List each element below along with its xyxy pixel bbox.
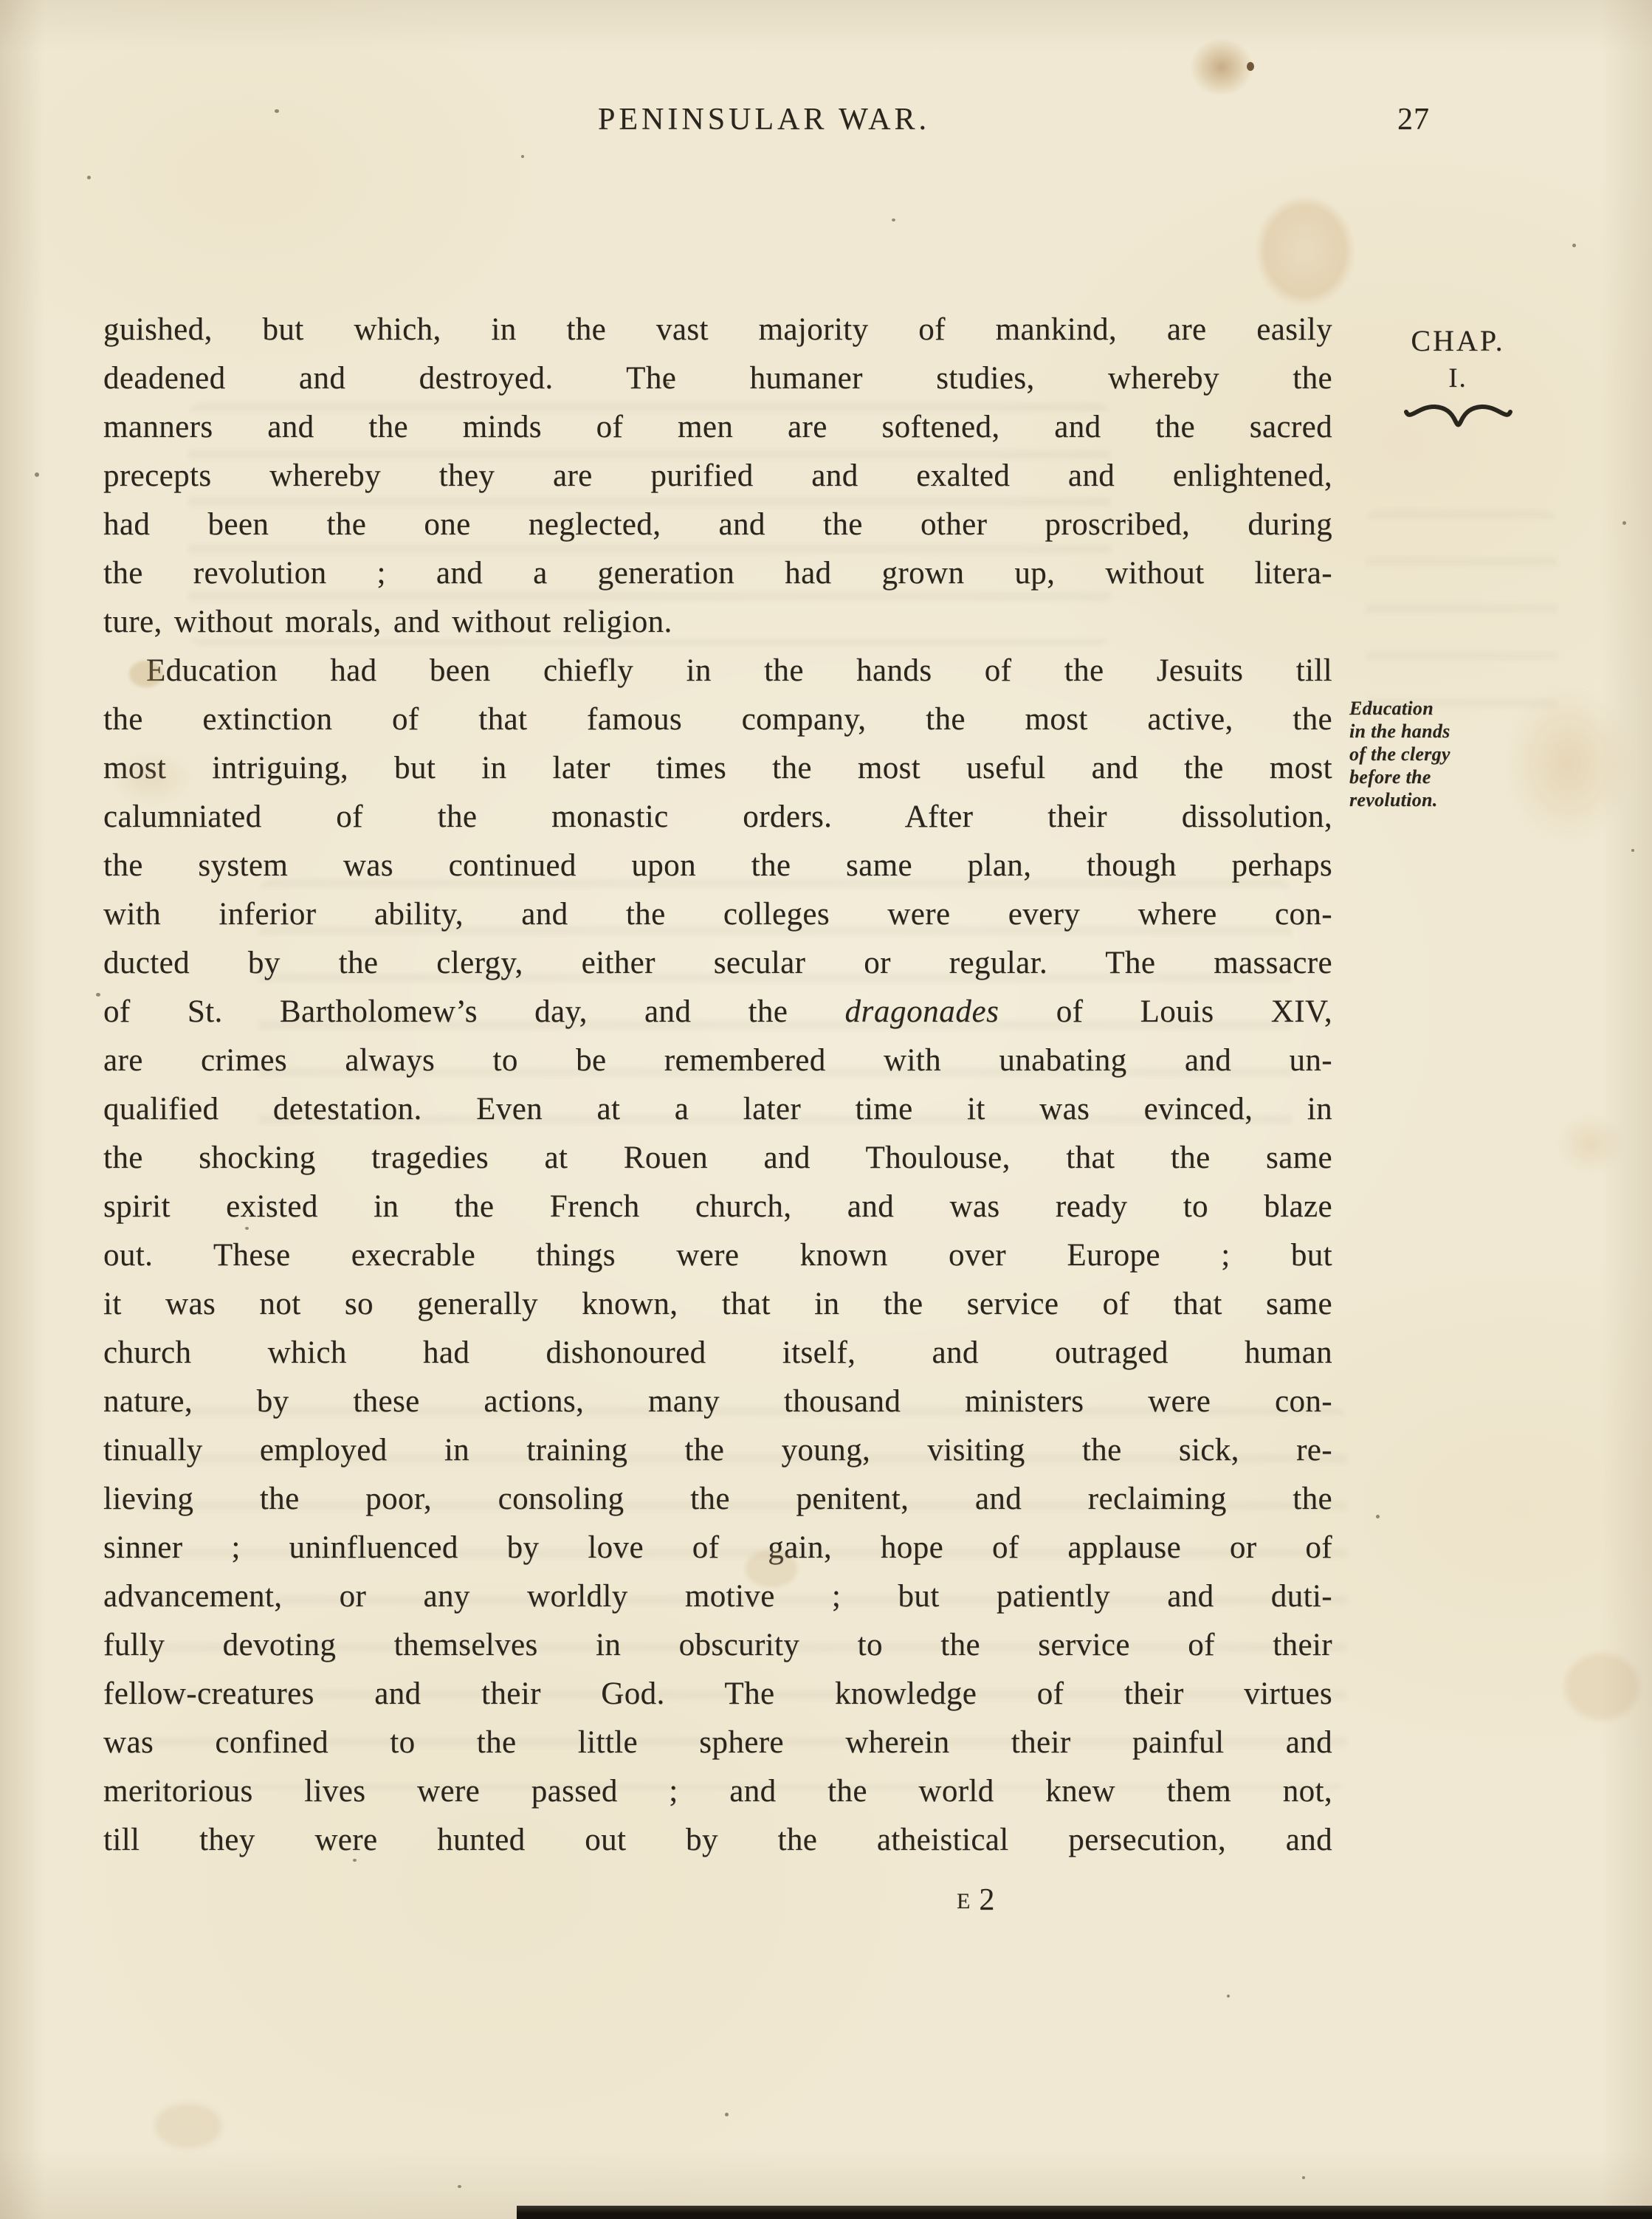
- text-line: fully devoting themselves in obscurity t…: [103, 1621, 1332, 1670]
- paper-stain: [1247, 62, 1254, 71]
- text-line: the revolution ; and a generation had gr…: [103, 549, 1332, 598]
- text-line: Education: [1349, 697, 1571, 720]
- text-line: the extinction of that famous company, t…: [103, 695, 1332, 744]
- paper-speck: [725, 2113, 729, 2116]
- text-line: guished, but which, in the vast majority…: [103, 306, 1332, 354]
- paper-speck: [1302, 2176, 1305, 2179]
- text-line: qualified detestation. Even at a later t…: [103, 1085, 1332, 1134]
- text-line: lieving the poor, consoling the penitent…: [103, 1475, 1332, 1524]
- text-line: precepts whereby they are purified and e…: [103, 452, 1332, 500]
- paper-speck: [1622, 521, 1626, 525]
- text-line: sinner ; uninfluenced by love of gain, h…: [103, 1524, 1332, 1572]
- text-line: church which had dishonoured itself, and…: [103, 1329, 1332, 1377]
- text-line: calumniated of the monastic orders. Afte…: [103, 793, 1332, 842]
- text-line: till they were hunted out by the atheist…: [103, 1816, 1332, 1865]
- text-line: ture, without morals, and without religi…: [103, 598, 1332, 647]
- text-line: out. These execrable things were known o…: [103, 1231, 1332, 1280]
- signature-mark: E2: [957, 1882, 994, 1918]
- running-title: PENINSULAR WAR.: [598, 103, 930, 137]
- text-line: fellow-creatures and their God. The know…: [103, 1670, 1332, 1719]
- paper-stain: [1190, 38, 1253, 96]
- paragraph-education: Education had been chiefly in the hands …: [103, 647, 1332, 1865]
- text-line: with inferior ability, and the colleges …: [103, 890, 1332, 939]
- text-line: before the: [1349, 766, 1571, 788]
- signature-letter: E: [957, 1889, 971, 1913]
- chapter-label: CHAP.: [1351, 323, 1565, 358]
- paper-speck: [1572, 244, 1576, 247]
- paper-stain: [155, 2104, 221, 2148]
- text-line: ducted by the clergy, either secular or …: [103, 939, 1332, 988]
- text-line: of St. Bartholomew’s day, and the dragon…: [103, 988, 1332, 1036]
- text-line: was confined to the little sphere wherei…: [103, 1719, 1332, 1767]
- text-line: are crimes always to be remembered with …: [103, 1036, 1332, 1085]
- book-page-scan: PENINSULAR WAR. 27 CHAP. I. guished, but…: [0, 0, 1652, 2219]
- text-line: it was not so generally known, that in t…: [103, 1280, 1332, 1329]
- paper-stain: [1565, 1654, 1639, 1720]
- text-line: nature, by these actions, many thousand …: [103, 1377, 1332, 1426]
- text-line: deadened and destroyed. The humaner stud…: [103, 354, 1332, 403]
- text-line: in the hands: [1349, 720, 1571, 743]
- text-line: most intriguing, but in later times the …: [103, 744, 1332, 793]
- text-line: spirit existed in the French church, and…: [103, 1183, 1332, 1231]
- paper-speck: [1631, 849, 1634, 852]
- paper-speck: [87, 176, 91, 179]
- running-head: PENINSULAR WAR.: [103, 102, 1425, 137]
- paper-speck: [458, 2185, 461, 2188]
- text-line: manners and the minds of men are softene…: [103, 403, 1332, 452]
- text-line: had been the one neglected, and the othe…: [103, 500, 1332, 549]
- text-line: the system was continued upon the same p…: [103, 842, 1332, 890]
- text-line: tinually employed in training the young,…: [103, 1426, 1332, 1475]
- chapter-numeral: I.: [1351, 362, 1565, 394]
- text-line: the shocking tragedies at Rouen and Thou…: [103, 1134, 1332, 1183]
- paper-speck: [521, 155, 524, 158]
- sidenote-education: Educationin the handsof the clergybefore…: [1349, 697, 1571, 811]
- paper-speck: [1376, 1515, 1380, 1518]
- text-line: of the clergy: [1349, 743, 1571, 766]
- chapter-flourish-icon: [1403, 400, 1513, 428]
- text-line: Education had been chiefly in the hands …: [103, 647, 1332, 695]
- main-text-block: guished, but which, in the vast majority…: [103, 306, 1332, 1865]
- text-line: advancement, or any worldly motive ; but…: [103, 1572, 1332, 1621]
- paper-speck: [892, 219, 895, 221]
- paper-stain: [1558, 1115, 1624, 1174]
- page-number: 27: [1397, 102, 1430, 137]
- paper-stain: [1239, 177, 1371, 325]
- text-line: meritorious lives were passed ; and the …: [103, 1767, 1332, 1816]
- scan-bottom-edge: [517, 2206, 1652, 2219]
- paper-speck: [1227, 1995, 1230, 1998]
- paragraph-continuation: guished, but which, in the vast majority…: [103, 306, 1332, 647]
- chapter-heading: CHAP. I.: [1351, 323, 1565, 428]
- text-line: revolution.: [1349, 788, 1571, 811]
- paper-speck: [96, 993, 100, 997]
- signature-number: 2: [979, 1883, 994, 1917]
- paper-speck: [35, 472, 39, 477]
